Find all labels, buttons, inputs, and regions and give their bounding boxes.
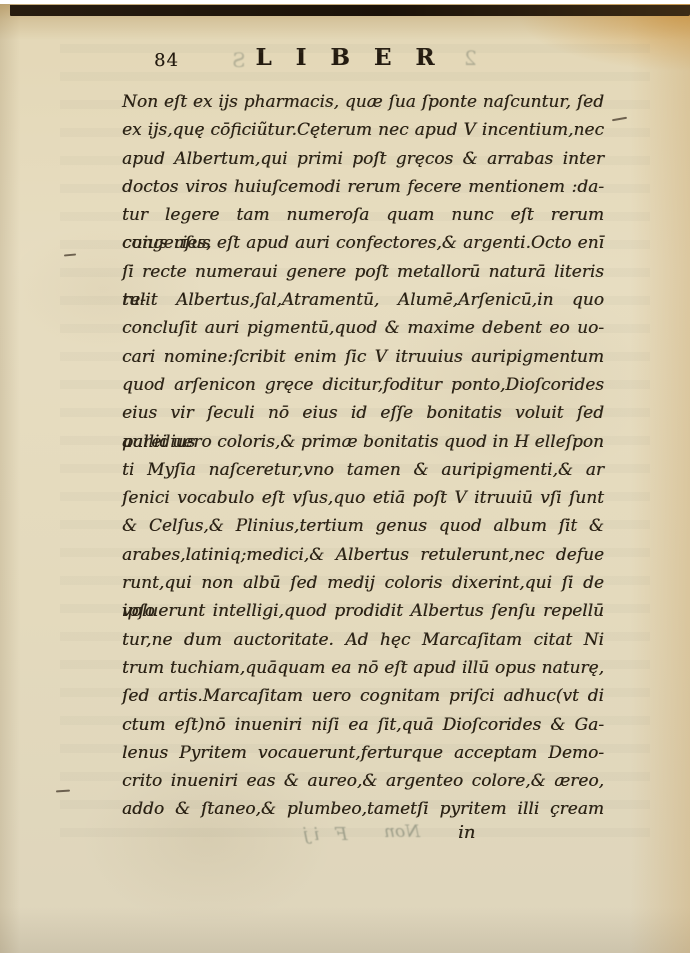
text-line: tur legere tam numeroſa quam nunc eſt re… bbox=[122, 201, 604, 229]
catchword: in bbox=[458, 822, 475, 843]
text-line: cuius uſus eſt apud auri confectores,& a… bbox=[122, 229, 604, 257]
text-line: tur,ne dum auctoritate. Ad hęc Marcaſita… bbox=[122, 626, 604, 654]
text-line: & Celſus,& Plinius,tertium genus quod al… bbox=[122, 512, 604, 540]
body-text-block: Non eſt ex ijs pharmacis, quæ ſua ſponte… bbox=[122, 88, 604, 824]
scan-top-edge-bar bbox=[10, 5, 690, 16]
text-line: ctum eſt)nō inueniri niſi ea ſit,quā Dio… bbox=[122, 711, 604, 739]
ink-mark bbox=[612, 117, 627, 122]
book-page-scan: 84 L I B E R S 2 Non eſt ex ijs pharmaci… bbox=[0, 4, 690, 953]
text-line: doctos viros huiuſcemodi rerum fecere me… bbox=[122, 173, 604, 201]
ink-mark bbox=[64, 253, 76, 256]
text-line: concluſit auri pigmentū,quod & maxime de… bbox=[122, 314, 604, 342]
text-line: tulit Albertus,ſal,Atramentū, Alumē,Arſe… bbox=[122, 286, 604, 314]
text-line: cari nomine:ſcribit enim ſic V itruuius … bbox=[122, 343, 604, 371]
bleedthrough-verso-catchword: Non bbox=[384, 822, 420, 842]
text-line: crito inueniri eas & aureo,& argenteo co… bbox=[122, 767, 604, 795]
text-line: runt,qui non albū ſed medij coloris dixe… bbox=[122, 569, 604, 597]
text-line: ti Myſia naſceretur,vno tamen & auripigm… bbox=[122, 456, 604, 484]
text-line: trum tuchiam,quāquam ea nō eſt apud illū… bbox=[122, 654, 604, 682]
text-line: voluerunt intelligi,quod prodidit Albert… bbox=[122, 597, 604, 625]
text-line: ſed artis.Marcaſitam uero cognitam priſc… bbox=[122, 682, 604, 710]
text-line: lenus Pyritem vocauerunt,ferturque accep… bbox=[122, 739, 604, 767]
running-header: L I B E R bbox=[0, 44, 690, 71]
text-line: ſi recte numeraui genere poſt metallorū … bbox=[122, 258, 604, 286]
text-line: Non eſt ex ijs pharmacis, quæ ſua ſponte… bbox=[122, 88, 604, 116]
text-line: aurei uero coloris,& primæ bonitatis quo… bbox=[122, 428, 604, 456]
text-line: arabes,latiniq;medici,& Albertus retuler… bbox=[122, 541, 604, 569]
bleedthrough-signature-mark: F ij bbox=[298, 824, 348, 845]
text-line: apud Albertum,qui primi poſt gręcos & ar… bbox=[122, 145, 604, 173]
text-line: eius vir ſeculi nō eius id eſſe bonitati… bbox=[122, 399, 604, 427]
text-line: ſenici vocabulo eſt vſus,quo etiā poſt V… bbox=[122, 484, 604, 512]
text-line: ex ijs,quę cōficiũtur.Cęterum nec apud V… bbox=[122, 116, 604, 144]
text-line: quod arſenicon gręce dicitur,foditur pon… bbox=[122, 371, 604, 399]
ink-mark bbox=[56, 790, 70, 793]
text-line: addo & ſtaneo,& plumbeo,tametſi pyritem … bbox=[122, 795, 604, 823]
